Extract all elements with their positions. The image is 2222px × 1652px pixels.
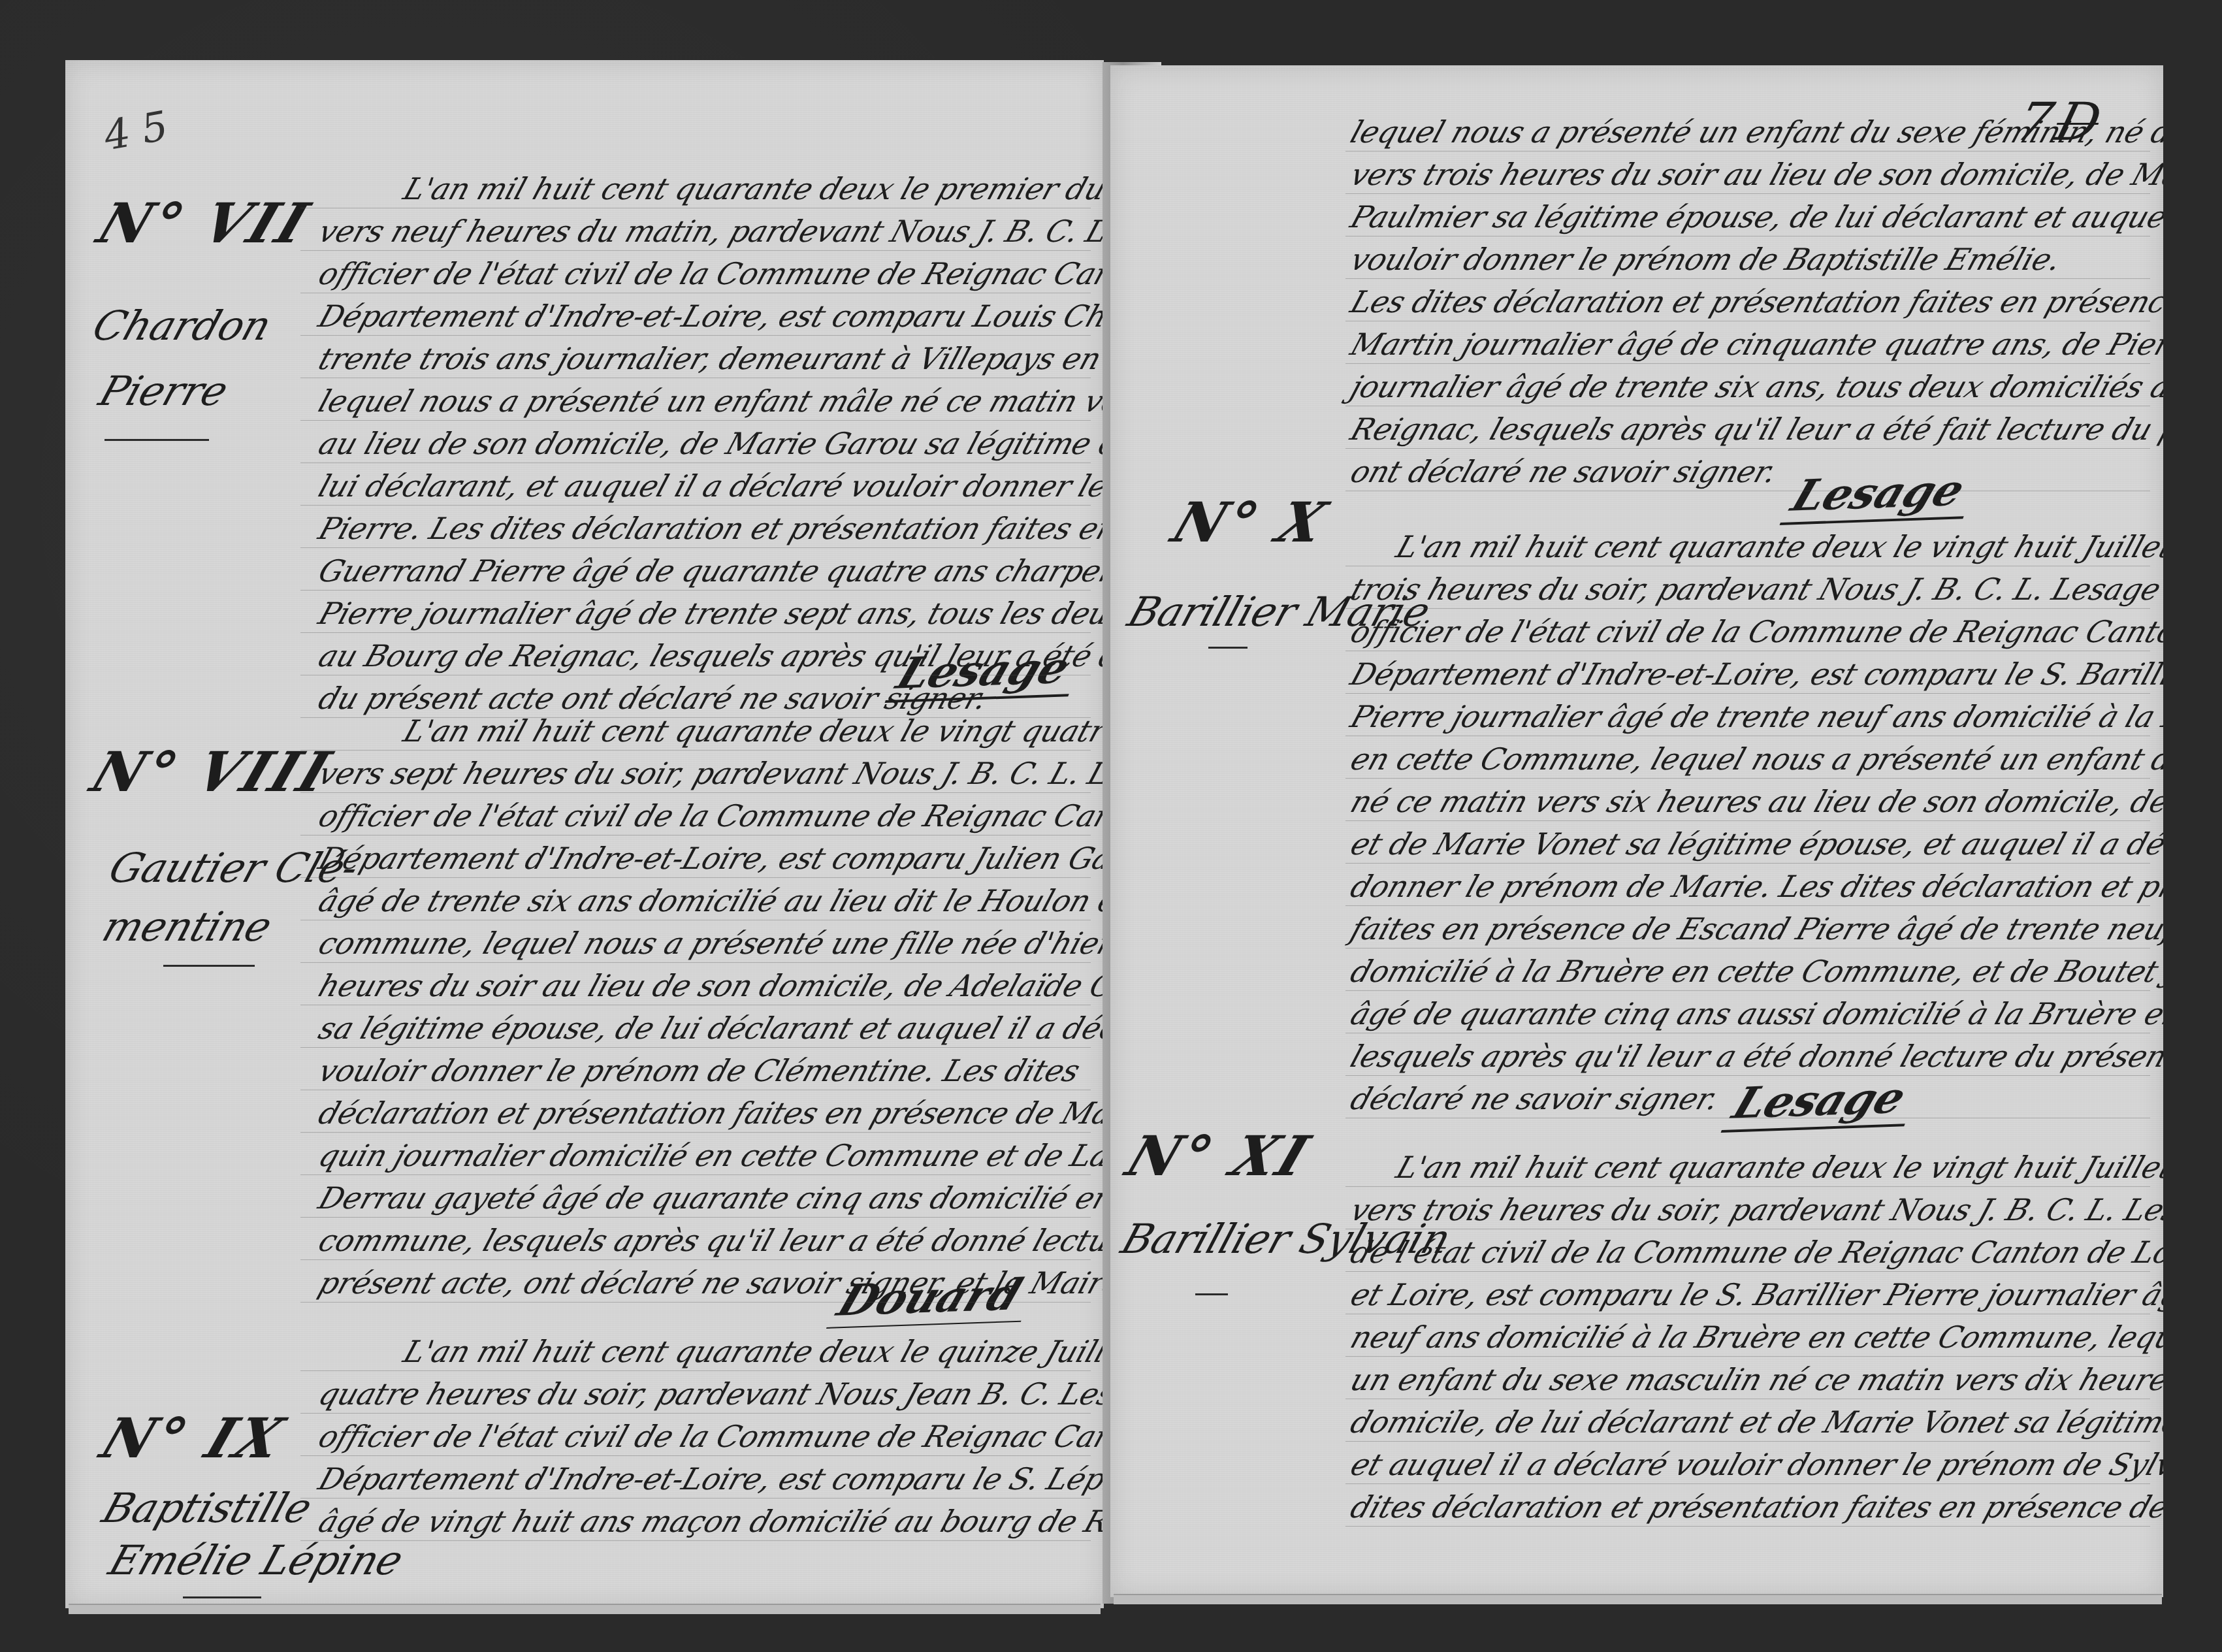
ruled-guide-line xyxy=(1345,363,2150,364)
ruled-guide-line xyxy=(1345,321,2150,321)
ruled-guide-line xyxy=(300,1005,1091,1005)
record-line: officier de l'état civil de la Commune d… xyxy=(314,256,1104,291)
ruled-guide-line xyxy=(1345,905,2150,906)
ruled-guide-line xyxy=(1345,1186,2150,1187)
ruled-guide-line xyxy=(1345,406,2150,406)
ruled-guide-line xyxy=(1345,1118,2150,1118)
record-line: vers trois heures du soir, pardevant Nou… xyxy=(1346,1192,2163,1227)
margin-rule xyxy=(1208,647,1248,649)
record-line: L'an mil huit cent quarante deux le prem… xyxy=(399,171,1104,206)
record-line: vers neuf heures du matin, pardevant Nou… xyxy=(314,214,1104,249)
ruled-guide-line xyxy=(300,1047,1091,1048)
record-line: dites déclaration et présentation faites… xyxy=(1346,1489,2163,1525)
ruled-guide-line xyxy=(1345,448,2150,449)
record-line: Pierre. Les dites déclaration et présent… xyxy=(314,511,1104,546)
left-page: 4 5 N° VII Chardon Pierre L'an mil huit … xyxy=(65,60,1104,1608)
mayor-signature: Lesage xyxy=(1721,1071,1925,1133)
ruled-guide-line xyxy=(1345,1399,2150,1399)
record-line: Pierre journalier âgé de trente sept ans… xyxy=(314,596,1104,631)
record-line: L'an mil huit cent quarante deux le ving… xyxy=(399,713,1104,749)
ruled-guide-line xyxy=(300,1217,1091,1218)
record-line: Martin journalier âgé de cinquante quatr… xyxy=(1346,327,2163,362)
ruled-guide-line xyxy=(1345,778,2150,779)
record-line: et de Marie Vonet sa légitime épouse, et… xyxy=(1346,826,2163,862)
record-line: âgé de quarante cinq ans aussi domicilié… xyxy=(1346,996,2163,1031)
record-line: de l'état civil de la Commune de Reignac… xyxy=(1346,1235,2163,1270)
ruled-guide-line xyxy=(1345,820,2150,821)
ruled-guide-line xyxy=(1345,1271,2150,1272)
ruled-guide-line xyxy=(1345,236,2150,236)
entry-number: N° XI xyxy=(1118,1124,1320,1188)
entry-margin-name: mentine xyxy=(97,903,278,950)
ruled-guide-line xyxy=(300,1259,1091,1260)
ruled-guide-line xyxy=(300,920,1091,920)
record-line: âgé de vingt huit ans maçon domicilié au… xyxy=(314,1504,1104,1539)
ruled-guide-line xyxy=(1345,863,2150,864)
record-line: quatre heures du soir, pardevant Nous Je… xyxy=(314,1376,1104,1412)
margin-rule xyxy=(183,1596,261,1598)
record-line: en cette Commune, lequel nous a présenté… xyxy=(1346,741,2163,777)
entry-number: N° VII xyxy=(89,191,319,255)
ruled-guide-line xyxy=(300,1498,1091,1498)
entry-number: N° VIII xyxy=(83,739,341,804)
ruled-guide-line xyxy=(1345,736,2150,736)
right-page-edge xyxy=(1114,1594,2162,1604)
ruled-guide-line xyxy=(300,250,1091,251)
ruled-guide-line xyxy=(1345,1526,2150,1527)
ruled-guide-line xyxy=(300,750,1091,751)
record-line: domicile, de lui déclarant et de Marie V… xyxy=(1346,1404,2163,1440)
ruled-guide-line xyxy=(300,590,1091,591)
record-line: déclaration et présentation faites en pr… xyxy=(314,1095,1104,1131)
ruled-guide-line xyxy=(1345,151,2150,152)
ruled-guide-line xyxy=(1345,1483,2150,1484)
record-line: commune, lequel nous a présenté une fill… xyxy=(314,926,1104,961)
margin-rule xyxy=(1195,1293,1228,1295)
ruled-guide-line xyxy=(300,1302,1091,1303)
ruled-guide-line xyxy=(300,378,1091,378)
record-line: déclaré ne savoir signer. xyxy=(1346,1081,1723,1116)
ruled-guide-line xyxy=(300,1090,1091,1090)
ruled-guide-line xyxy=(300,1174,1091,1175)
ruled-guide-line xyxy=(1345,491,2150,491)
record-line: vers trois heures du soir au lieu de son… xyxy=(1346,157,2163,192)
record-line: Reignac, lesquels après qu'il leur a été… xyxy=(1346,412,2163,447)
record-line: lesquels après qu'il leur a été donné le… xyxy=(1346,1039,2163,1074)
record-line: vouloir donner le prénom de Baptistille … xyxy=(1346,242,2065,277)
ruled-guide-line xyxy=(1345,1033,2150,1033)
record-line: Guerrand Pierre âgé de quarante quatre a… xyxy=(314,553,1104,589)
record-line: et Loire, est comparu le S. Barillier Pi… xyxy=(1346,1277,2163,1312)
record-line: commune, lesquels après qu'il leur a été… xyxy=(314,1223,1104,1258)
ruled-guide-line xyxy=(300,1370,1091,1371)
ruled-guide-line xyxy=(300,632,1091,633)
ruled-guide-line xyxy=(300,835,1091,835)
record-line: quin journalier domicilié en cette Commu… xyxy=(314,1138,1104,1173)
ruled-guide-line xyxy=(300,792,1091,793)
record-line: L'an mil huit cent quarante deux le quin… xyxy=(399,1334,1104,1369)
entry-margin-name: Emélie Lépine xyxy=(103,1536,409,1584)
entry-margin-name: Chardon xyxy=(87,302,277,349)
ruled-guide-line xyxy=(300,1413,1091,1414)
record-line: L'an mil huit cent quarante deux le ving… xyxy=(1392,529,2163,564)
ruled-guide-line xyxy=(300,1540,1091,1541)
ruled-guide-line xyxy=(300,962,1091,963)
record-line: Département d'Indre-et-Loire, est compar… xyxy=(314,299,1104,334)
ruled-guide-line xyxy=(300,208,1091,208)
mayor-signature: Lesage xyxy=(885,641,1089,703)
record-line: au lieu de son domicile, de Marie Garou … xyxy=(314,426,1104,461)
record-line: trois heures du soir, pardevant Nous J. … xyxy=(1346,572,2163,607)
ruled-guide-line xyxy=(300,462,1091,463)
ruled-guide-line xyxy=(1345,608,2150,609)
record-line: lui déclarant, et auquel il a déclaré vo… xyxy=(314,468,1104,504)
record-line: lequel nous a présenté un enfant du sexe… xyxy=(1346,114,2163,150)
record-line: Paulmier sa légitime épouse, de lui décl… xyxy=(1346,199,2163,235)
record-line: L'an mil huit cent quarante deux le ving… xyxy=(1392,1150,2163,1185)
ruled-guide-line xyxy=(1345,1441,2150,1442)
ruled-guide-line xyxy=(300,335,1091,336)
right-page: 7 D lequel nous a présenté un enfant du … xyxy=(1110,65,2163,1597)
record-line: faites en présence de Escand Pierre âgé … xyxy=(1346,911,2163,947)
record-line: vers sept heures du soir, pardevant Nous… xyxy=(314,756,1104,791)
record-line: sa légitime épouse, de lui déclarant et … xyxy=(314,1011,1104,1046)
record-line: trente trois ans journalier, demeurant à… xyxy=(314,341,1104,376)
record-line: Département d'Indre-et-Loire, est compar… xyxy=(1346,656,2163,692)
record-line: lequel nous a présenté un enfant mâle né… xyxy=(314,383,1104,419)
deputy-signature: Douard xyxy=(826,1269,1040,1329)
ruled-guide-line xyxy=(300,293,1091,293)
record-line: officier de l'état civil de la Commune d… xyxy=(314,1419,1104,1454)
ruled-guide-line xyxy=(300,717,1091,718)
ruled-guide-line xyxy=(300,1455,1091,1456)
ruled-guide-line xyxy=(300,1132,1091,1133)
record-line: vouloir donner le prénom de Clémentine. … xyxy=(314,1053,1084,1088)
ruled-guide-line xyxy=(1345,1229,2150,1229)
record-line: neuf ans domicilié à la Bruère en cette … xyxy=(1346,1320,2163,1355)
ruled-guide-line xyxy=(1345,193,2150,194)
ruled-guide-line xyxy=(1345,1356,2150,1357)
record-line: heures du soir au lieu de son domicile, … xyxy=(314,968,1104,1003)
record-line: Les dites déclaration et présentation fa… xyxy=(1346,284,2163,319)
ruled-guide-line xyxy=(1345,566,2150,566)
entry-number: N° IX xyxy=(93,1406,295,1470)
entry-margin-name: Pierre xyxy=(93,367,234,415)
entry-margin-name: Baptistille xyxy=(97,1484,317,1532)
ruled-guide-line xyxy=(1345,1314,2150,1314)
record-line: né ce matin vers six heures au lieu de s… xyxy=(1346,784,2163,819)
record-line: ont déclaré ne savoir signer. xyxy=(1346,454,1781,489)
ruled-guide-line xyxy=(1345,278,2150,279)
margin-rule xyxy=(163,965,255,967)
left-page-edge xyxy=(69,1604,1101,1614)
record-line: donner le prénom de Marie. Les dites déc… xyxy=(1346,869,2163,904)
ruled-guide-line xyxy=(300,547,1091,548)
record-line: Département d'Indre-et-Loire, est compar… xyxy=(314,841,1104,876)
ruled-guide-line xyxy=(1345,693,2150,694)
ruled-guide-line xyxy=(1345,1075,2150,1076)
record-line: officier de l'état civil de la Commune d… xyxy=(1346,614,2163,649)
record-line: Pierre journalier âgé de trente neuf ans… xyxy=(1346,699,2163,734)
ruled-guide-line xyxy=(300,505,1091,506)
ruled-guide-line xyxy=(1345,948,2150,948)
record-line: et auquel il a déclaré vouloir donner le… xyxy=(1346,1447,2163,1482)
ruled-guide-line xyxy=(1345,651,2150,651)
mayor-signature: Lesage xyxy=(1780,464,1984,525)
record-line: officier de l'état civil de la Commune d… xyxy=(314,798,1104,834)
ruled-guide-line xyxy=(1345,990,2150,991)
ruled-guide-line xyxy=(300,877,1091,878)
ruled-guide-line xyxy=(300,420,1091,421)
ruled-guide-line xyxy=(300,675,1091,675)
record-line: Département d'Indre-et-Loire, est compar… xyxy=(314,1461,1104,1497)
entry-number: N° X xyxy=(1164,490,1337,555)
record-line: Derrau gayeté âgé de quarante cinq ans d… xyxy=(314,1180,1104,1216)
corner-mark: 4 5 xyxy=(101,102,171,160)
record-line: âgé de trente six ans domicilié au lieu … xyxy=(314,883,1104,918)
record-line: un enfant du sexe masculin né ce matin v… xyxy=(1346,1362,2163,1397)
margin-rule xyxy=(105,439,209,441)
record-line: domicilié à la Bruère en cette Commune, … xyxy=(1346,954,2163,989)
record-line: journalier âgé de trente six ans, tous d… xyxy=(1346,369,2163,404)
